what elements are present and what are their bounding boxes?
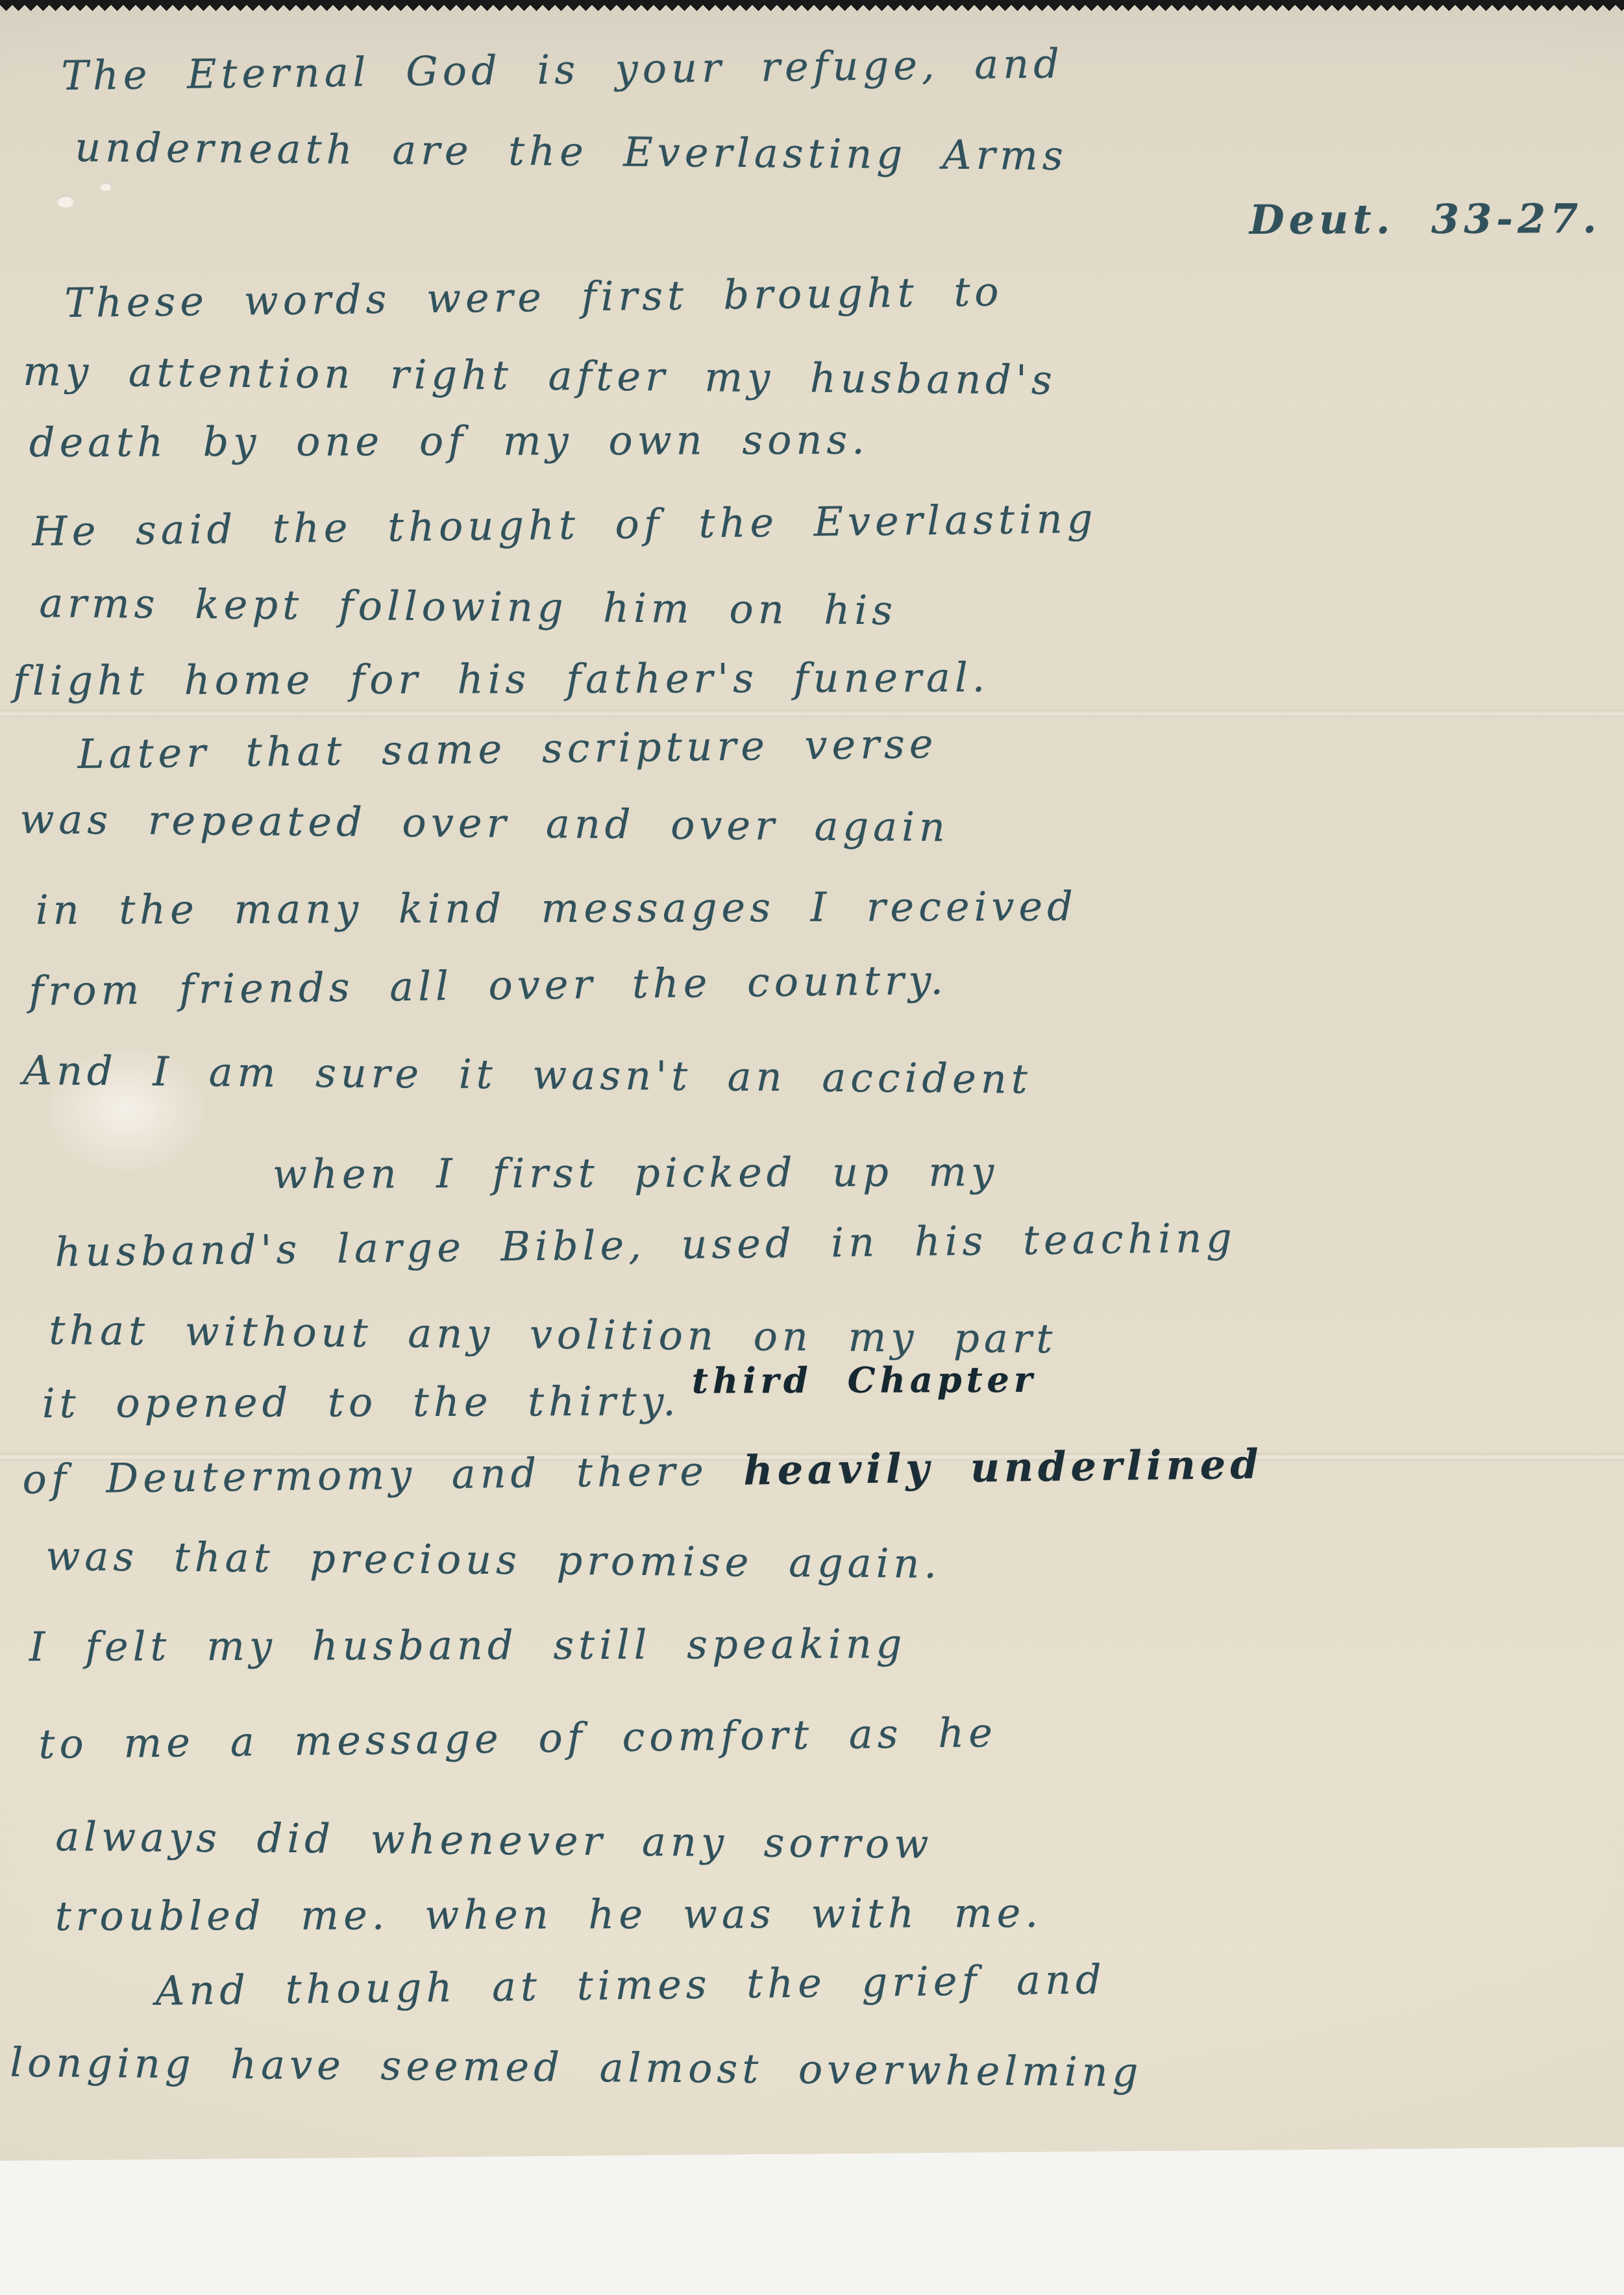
letter-line: arms kept following him on his: [39, 579, 897, 634]
letter-line: my attention right after my husband's: [23, 347, 1057, 404]
letter-line: death by one of my own sons.: [29, 416, 869, 466]
letter-line: longing have seemed almost overwhelming: [10, 2039, 1143, 2096]
letter-line: And I am sure it wasn't an accident: [23, 1047, 1032, 1103]
letter-line: husband's large Bible, used in his teach…: [55, 1214, 1236, 1276]
scanned-letter-screenshot: The Eternal God is your refuge, and unde…: [0, 0, 1624, 2295]
letter-line: flight home for his father's funeral.: [13, 654, 990, 704]
letter-line: to me a message of comfort as he: [38, 1709, 997, 1768]
letter-line: I felt my husband still speaking: [29, 1620, 907, 1670]
letter-line: was repeated over and over again: [19, 795, 950, 850]
letter-line: it opened to the thirty.third Chapter: [42, 1376, 1037, 1427]
letter-line: in the many kind messages I received: [36, 882, 1077, 934]
letter-line: when I first picked up my: [273, 1148, 999, 1198]
letter-line: always did whenever any sorrow: [55, 1813, 933, 1868]
scripture-quote-line: underneath are the Everlasting Arms: [75, 123, 1068, 179]
letter-page: The Eternal God is your refuge, and unde…: [0, 0, 1624, 2295]
letter-line: from friends all over the country.: [29, 956, 948, 1015]
letter-line-text: it opened to the thirty.: [42, 1378, 680, 1427]
handwritten-text-block: The Eternal God is your refuge, and unde…: [0, 0, 1624, 2295]
letter-line: These words were first brought to: [64, 267, 1003, 327]
letter-line: that without any volition on my part: [49, 1306, 1057, 1363]
scripture-citation: Deut. 33-27.: [1249, 195, 1601, 243]
scripture-quote-line: The Eternal God is your refuge, and: [61, 40, 1064, 99]
letter-line: And though at times the grief and: [155, 1955, 1106, 2015]
inserted-correction-text: third Chapter: [692, 1359, 1037, 1402]
letter-line: Later that same scripture verse: [77, 720, 938, 778]
overwritten-emphasis-text: heavily underlined: [743, 1441, 1263, 1495]
letter-line: He said the thought of the Everlasting: [32, 495, 1098, 555]
letter-line: troubled me. when he was with me.: [55, 1889, 1042, 1940]
letter-line-text: of Deutermomy and there: [22, 1446, 744, 1503]
letter-line: was that precious promise again.: [45, 1532, 942, 1587]
letter-line: of Deutermomy and there heavily underlin…: [22, 1441, 1263, 1503]
